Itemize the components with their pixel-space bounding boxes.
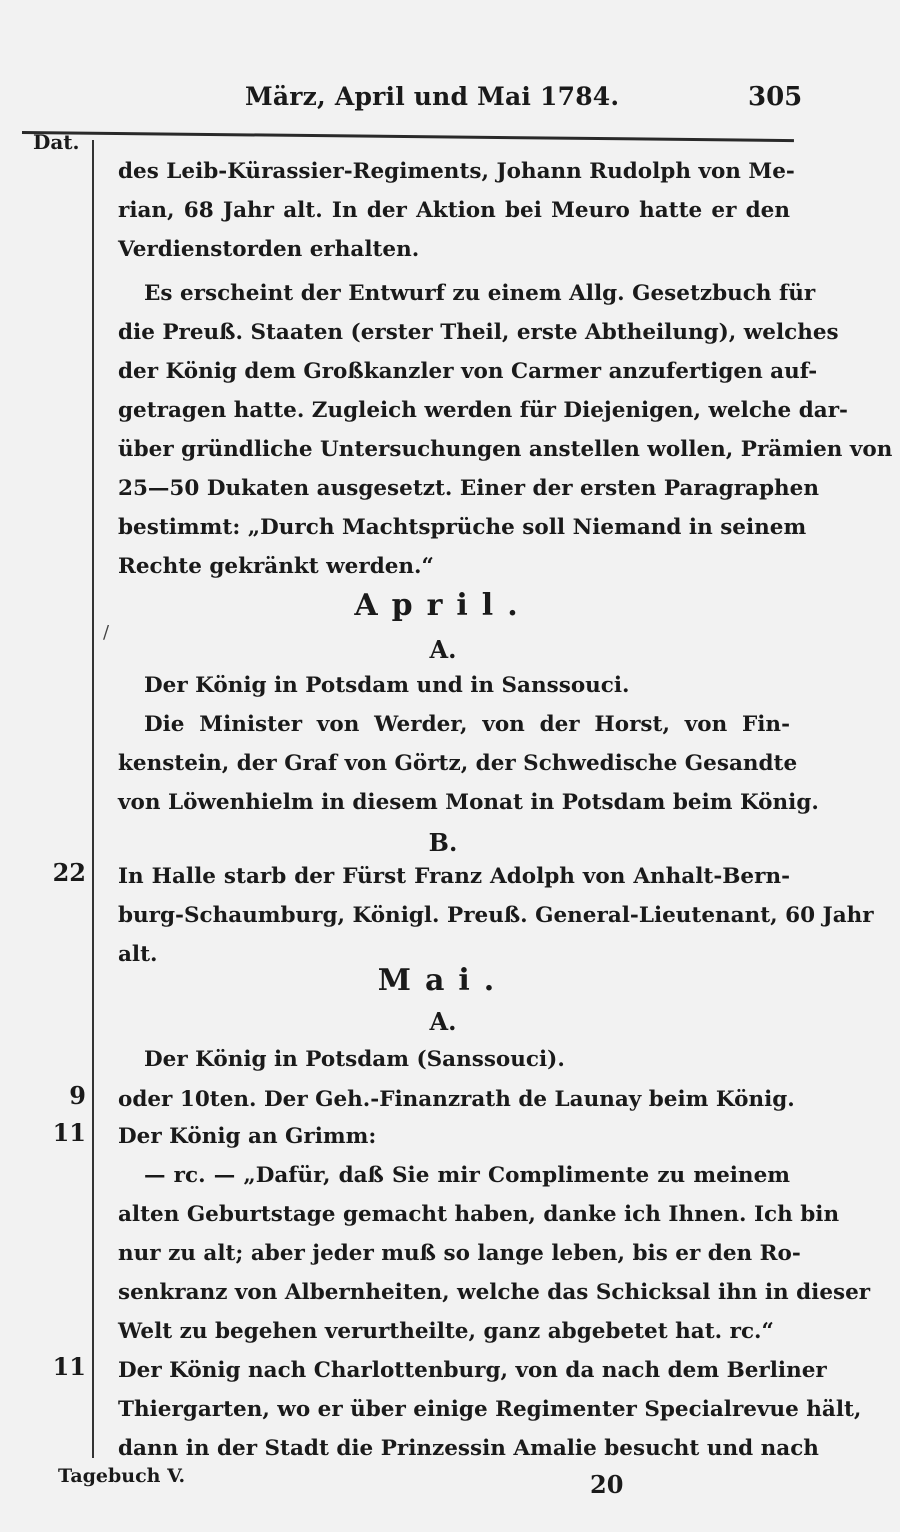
text-line: getragen hatte. Zugleich werden für Diej… <box>118 391 790 430</box>
quote-line: — rc. — „Dafür, daß Sie mir Complimente … <box>118 1156 790 1195</box>
may-section-a-intro: Der König in Potsdam (Sanssouci). <box>118 1040 790 1079</box>
text-line: Thiergarten, wo er über einige Regimente… <box>118 1390 790 1429</box>
text-line: Es erscheint der Entwurf zu einem Allg. … <box>118 274 790 313</box>
entry-date: 22 <box>40 858 86 887</box>
section-heading-april-a: A. <box>93 635 793 664</box>
may-entry-11-charlottenburg: Der König nach Charlottenburg, von da na… <box>118 1351 790 1468</box>
text-line: rian, 68 Jahr alt. In der Aktion bei Meu… <box>118 191 790 230</box>
text-line: des Leib-Kürassier-Regiments, Johann Rud… <box>118 152 790 191</box>
quote-line: senkranz von Albernheiten, welche das Sc… <box>118 1273 790 1312</box>
text-line: der König dem Großkanzler von Carmer anz… <box>118 352 790 391</box>
month-heading-may: Mai. <box>93 963 793 998</box>
text-line: Der König in Potsdam (Sanssouci). <box>118 1040 790 1079</box>
section-heading-may-a: A. <box>93 1007 793 1036</box>
quote-line: Welt zu begehen verurtheilte, ganz abgeb… <box>118 1312 790 1351</box>
entry-date: 9 <box>40 1081 86 1110</box>
may-entry-9: oder 10ten. Der Geh.-Finanzrath de Launa… <box>118 1080 790 1119</box>
entry-date: 11 <box>40 1352 86 1381</box>
text-line: von Löwenhielm in diesem Monat in Potsda… <box>118 783 790 822</box>
page-header: März, April und Mai 1784. 305 <box>0 82 900 122</box>
text-line: Verdienstorden erhalten. <box>118 230 790 269</box>
text-line: kenstein, der Graf von Görtz, der Schwed… <box>118 744 790 783</box>
text-line: burg-Schaumburg, Königl. Preuß. General-… <box>118 896 790 935</box>
text-line: die Preuß. Staaten (erster Theil, erste … <box>118 313 790 352</box>
text-line: In Halle starb der Fürst Franz Adolph vo… <box>118 857 790 896</box>
quote-line: alten Geburtstage gemacht haben, danke i… <box>118 1195 790 1234</box>
month-heading-april: April. <box>93 588 793 623</box>
date-column-label: Dat. <box>33 130 80 154</box>
text-line: über gründliche Untersuchungen anstellen… <box>118 430 790 469</box>
running-title: März, April und Mai 1784. <box>245 82 619 111</box>
april-section-a-text: Der König in Potsdam und in Sanssouci. D… <box>118 666 790 822</box>
date-column-divider <box>92 140 94 1458</box>
text-line: Der König nach Charlottenburg, von da na… <box>118 1351 790 1390</box>
text-line: Der König in Potsdam und in Sanssouci. <box>118 666 790 705</box>
text-line: Der König an Grimm: <box>118 1117 790 1156</box>
april-section-b-entry: In Halle starb der Fürst Franz Adolph vo… <box>118 857 790 974</box>
text-line: Rechte gekränkt werden.“ <box>118 547 790 586</box>
text-line: oder 10ten. Der Geh.-Finanzrath de Launa… <box>118 1080 790 1119</box>
text-line: dann in der Stadt die Prinzessin Amalie … <box>118 1429 790 1468</box>
book-page: März, April und Mai 1784. 305 Dat. des L… <box>0 0 900 1532</box>
march-continuation-paragraph-2: Es erscheint der Entwurf zu einem Allg. … <box>118 274 790 586</box>
signature-mark: Tagebuch V. <box>58 1465 185 1487</box>
text-line: Die Minister von Werder, von der Horst, … <box>118 705 790 744</box>
text-line: bestimmt: „Durch Machtsprüche soll Niema… <box>118 508 790 547</box>
section-heading-april-b: B. <box>93 828 793 857</box>
entry-date: 11 <box>40 1118 86 1147</box>
may-entry-11-grimm: Der König an Grimm: — rc. — „Dafür, daß … <box>118 1117 790 1351</box>
sheet-number: 20 <box>590 1470 623 1499</box>
march-continuation-paragraph-1: des Leib-Kürassier-Regiments, Johann Rud… <box>118 152 790 269</box>
text-line: 25—50 Dukaten ausgesetzt. Einer der erst… <box>118 469 790 508</box>
page-number: 305 <box>748 82 802 112</box>
header-rule <box>22 131 794 142</box>
quote-line: nur zu alt; aber jeder muß so lange lebe… <box>118 1234 790 1273</box>
